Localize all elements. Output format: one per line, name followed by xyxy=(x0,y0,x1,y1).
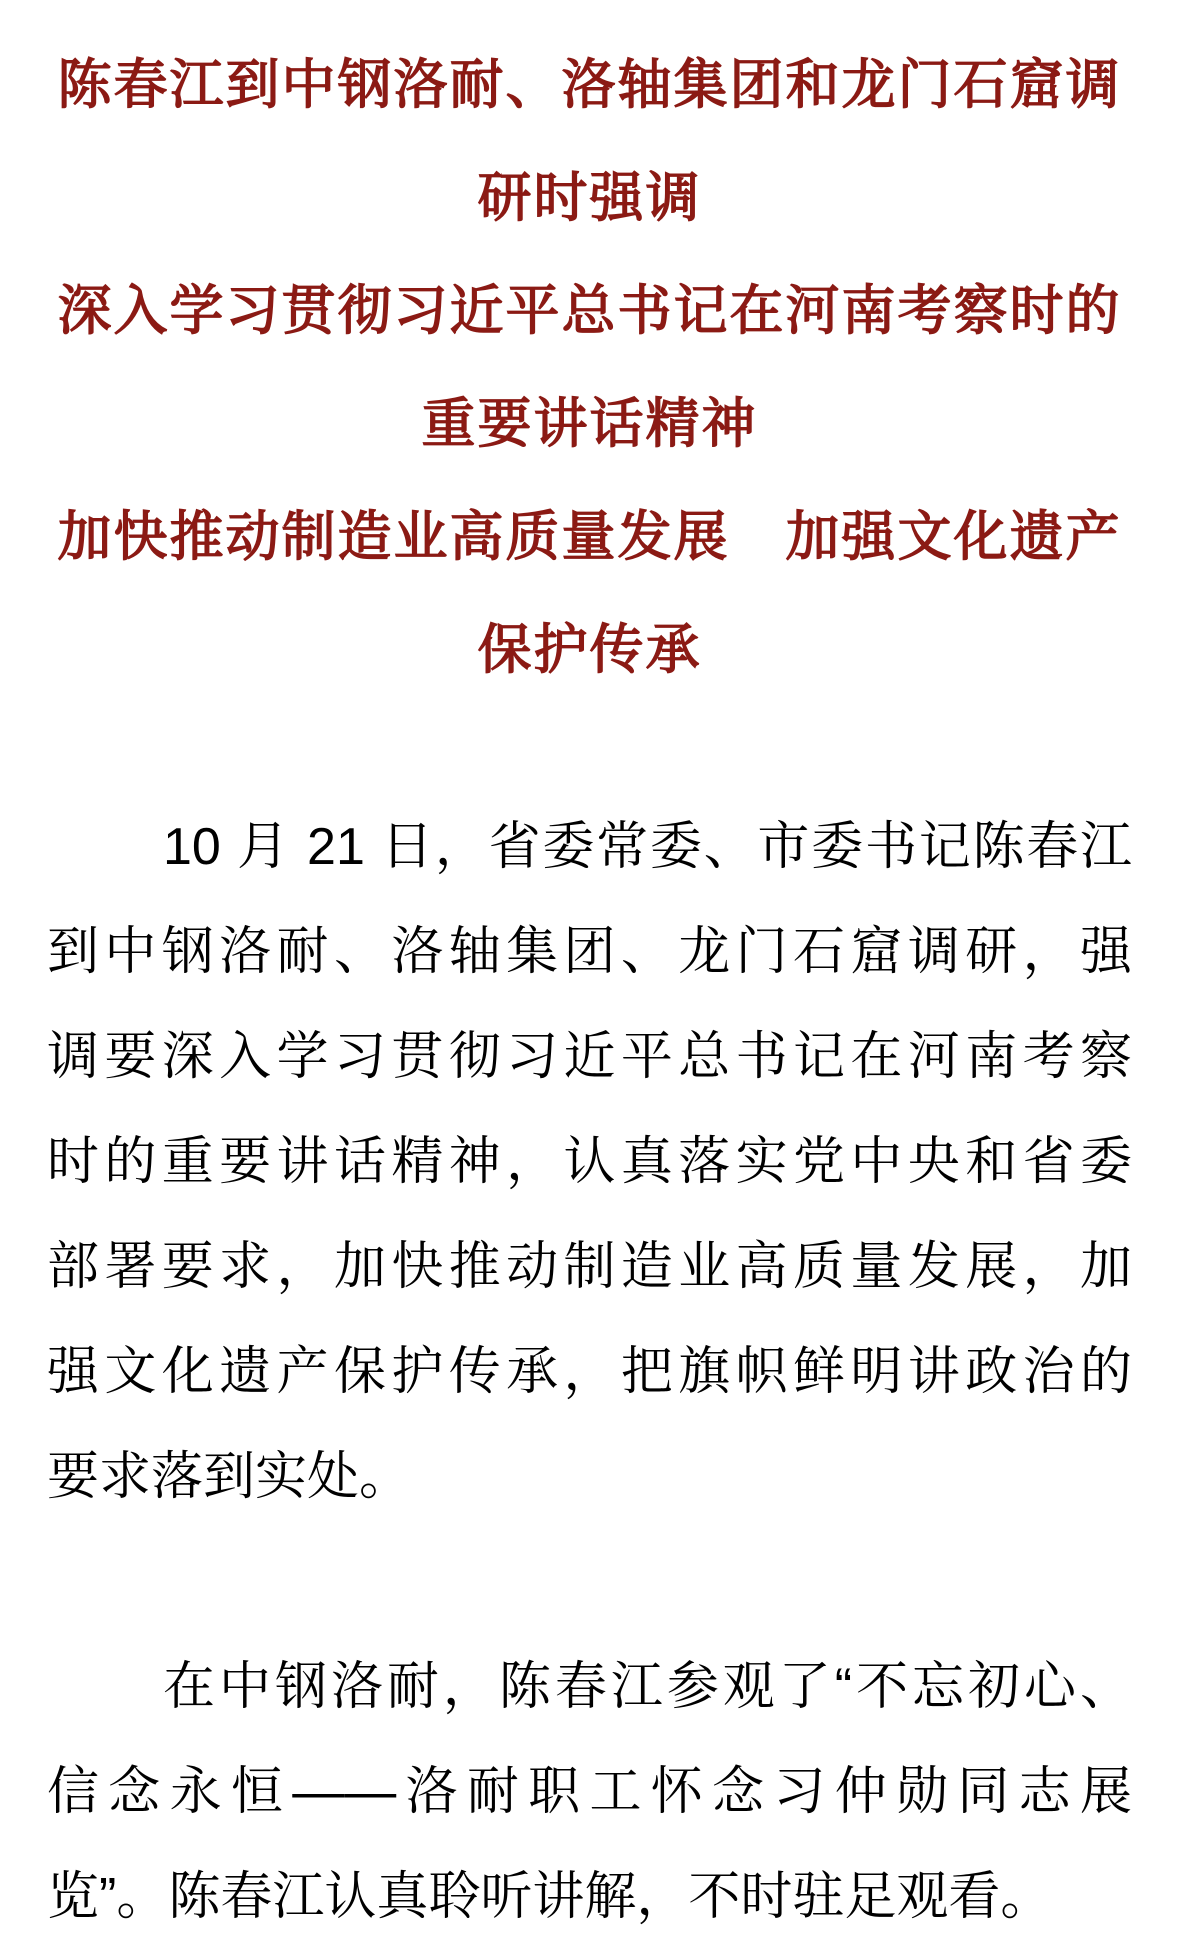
title-line-4: 重要讲话精神 xyxy=(47,368,1132,481)
paragraph-1-line: 10 月 21 日，省委常委、市委书记陈春江 xyxy=(47,795,1132,900)
article-body: 10 月 21 日，省委常委、市委书记陈春江 到中钢洛耐、洛轴集团、龙门石窟调研… xyxy=(47,795,1132,1950)
paragraph-1-line: 部署要求，加快推动制造业高质量发展，加 xyxy=(47,1215,1132,1320)
title-line-1: 陈春江到中钢洛耐、洛轴集团和龙门石窟调 xyxy=(47,29,1132,142)
title-line-5: 加快推动制造业高质量发展 加强文化遗产 xyxy=(47,481,1132,594)
paragraph-1-line: 到中钢洛耐、洛轴集团、龙门石窟调研，强 xyxy=(47,900,1132,1005)
paragraph-1-line: 要求落到实处。 xyxy=(47,1425,1132,1530)
article-title: 陈春江到中钢洛耐、洛轴集团和龙门石窟调 研时强调 深入学习贯彻习近平总书记在河南… xyxy=(47,29,1132,707)
paragraph-1: 10 月 21 日，省委常委、市委书记陈春江 到中钢洛耐、洛轴集团、龙门石窟调研… xyxy=(47,795,1132,1530)
paragraph-2-line: 览”。陈春江认真聆听讲解，不时驻足观看。 xyxy=(47,1845,1132,1950)
title-line-6: 保护传承 xyxy=(47,594,1132,707)
paragraph-2-line: 信念永恒——洛耐职工怀念习仲勋同志展 xyxy=(47,1740,1132,1845)
paragraph-2: 在中钢洛耐，陈春江参观了“不忘初心、 信念永恒——洛耐职工怀念习仲勋同志展 览”… xyxy=(47,1635,1132,1950)
article-page: 陈春江到中钢洛耐、洛轴集团和龙门石窟调 研时强调 深入学习贯彻习近平总书记在河南… xyxy=(0,0,1179,1957)
title-line-3: 深入学习贯彻习近平总书记在河南考察时的 xyxy=(47,255,1132,368)
paragraph-1-line: 调要深入学习贯彻习近平总书记在河南考察 xyxy=(47,1005,1132,1110)
paragraph-2-line: 在中钢洛耐，陈春江参观了“不忘初心、 xyxy=(47,1635,1132,1740)
paragraph-1-line: 强文化遗产保护传承，把旗帜鲜明讲政治的 xyxy=(47,1320,1132,1425)
paragraph-1-line: 时的重要讲话精神，认真落实党中央和省委 xyxy=(47,1110,1132,1215)
title-line-2: 研时强调 xyxy=(47,142,1132,255)
